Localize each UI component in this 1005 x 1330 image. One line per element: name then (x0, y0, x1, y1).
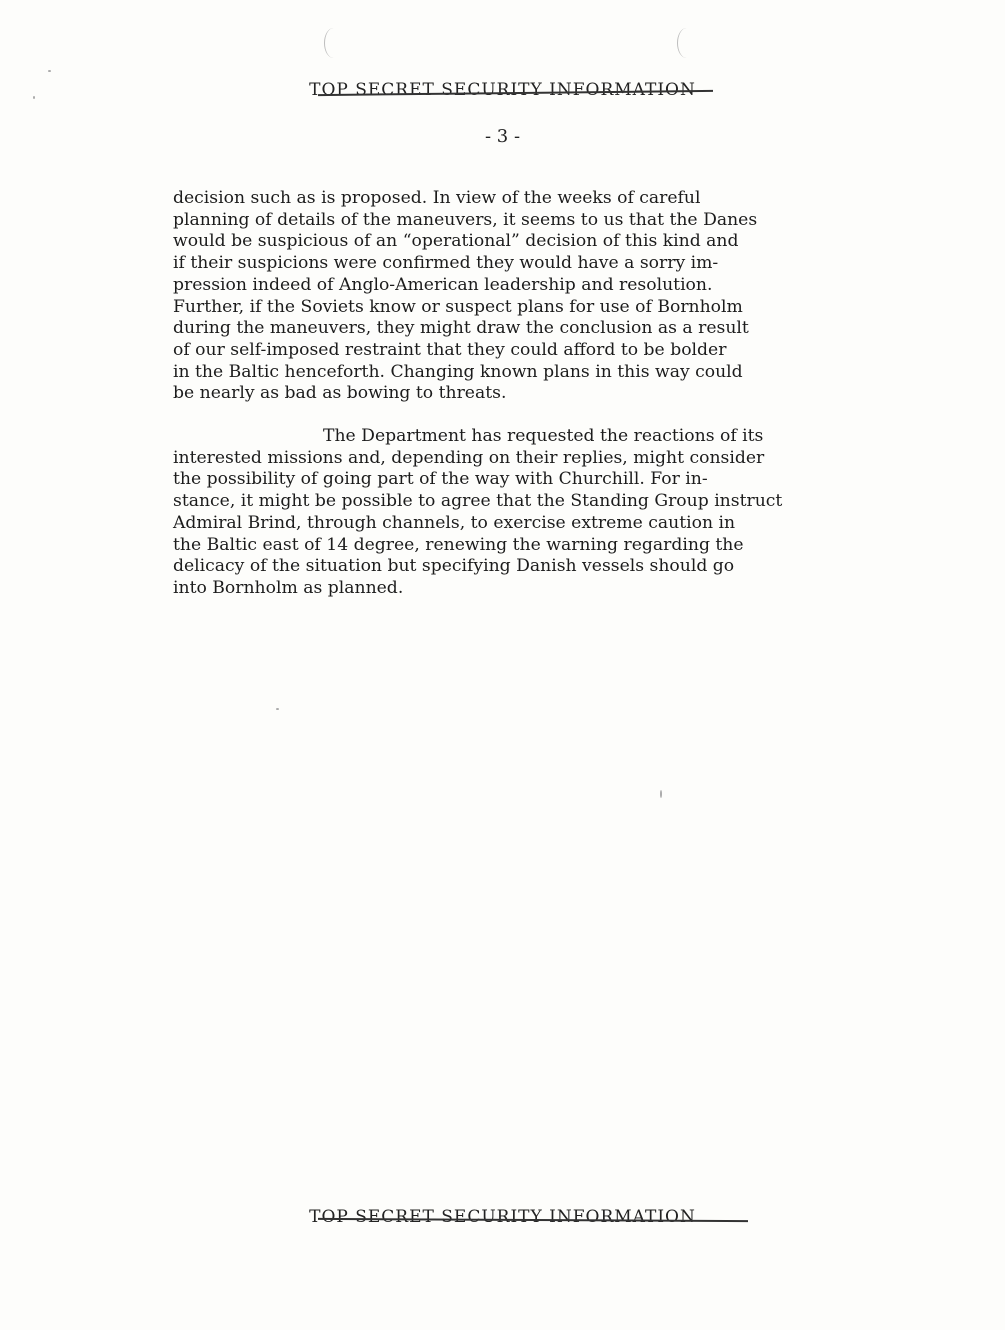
text-line: Admiral Brind, through channels, to exer… (173, 513, 918, 535)
header-classification: TOP SECRET SECURITY INFORMATION (0, 80, 1005, 100)
text-line: interested missions and, depending on th… (173, 448, 918, 470)
text-line: planning of details of the maneuvers, it… (173, 210, 918, 232)
text-line: the Baltic east of 14 degree, renewing t… (173, 535, 918, 557)
footer-classification: TOP SECRET SECURITY INFORMATION (0, 1207, 1005, 1227)
scan-speck (33, 96, 35, 99)
text-line: delicacy of the situation but specifying… (173, 556, 918, 578)
paragraph-2: The Department has requested the reactio… (173, 426, 918, 600)
text-line: if their suspicions were confirmed they … (173, 253, 918, 275)
document-page: TOP SECRET SECURITY INFORMATION - 3 - de… (0, 0, 1005, 1330)
text-line: would be suspicious of an “operational” … (173, 231, 918, 253)
text-line: in the Baltic henceforth. Changing known… (173, 362, 918, 384)
text-line: be nearly as bad as bowing to threats. (173, 383, 918, 405)
footer-classification-text: TOP SECRET SECURITY INFORMATION (309, 1207, 696, 1227)
scan-speck (276, 708, 279, 710)
text-line: stance, it might be possible to agree th… (173, 491, 918, 513)
punch-hole-mark (677, 28, 696, 58)
text-line: The Department has requested the reactio… (173, 426, 918, 448)
text-line: decision such as is proposed. In view of… (173, 188, 918, 210)
page-number: - 3 - (0, 126, 1005, 147)
text-line: Further, if the Soviets know or suspect … (173, 297, 918, 319)
text-line: the possibility of going part of the way… (173, 469, 918, 491)
text-line: of our self-imposed restraint that they … (173, 340, 918, 362)
punch-hole-mark (324, 28, 343, 58)
text-line: during the maneuvers, they might draw th… (173, 318, 918, 340)
text-line: pression indeed of Anglo-American leader… (173, 275, 918, 297)
text-line: into Bornholm as planned. (173, 578, 918, 600)
scan-speck (48, 70, 51, 72)
paragraph-1: decision such as is proposed. In view of… (173, 188, 918, 405)
scan-speck (660, 790, 662, 798)
